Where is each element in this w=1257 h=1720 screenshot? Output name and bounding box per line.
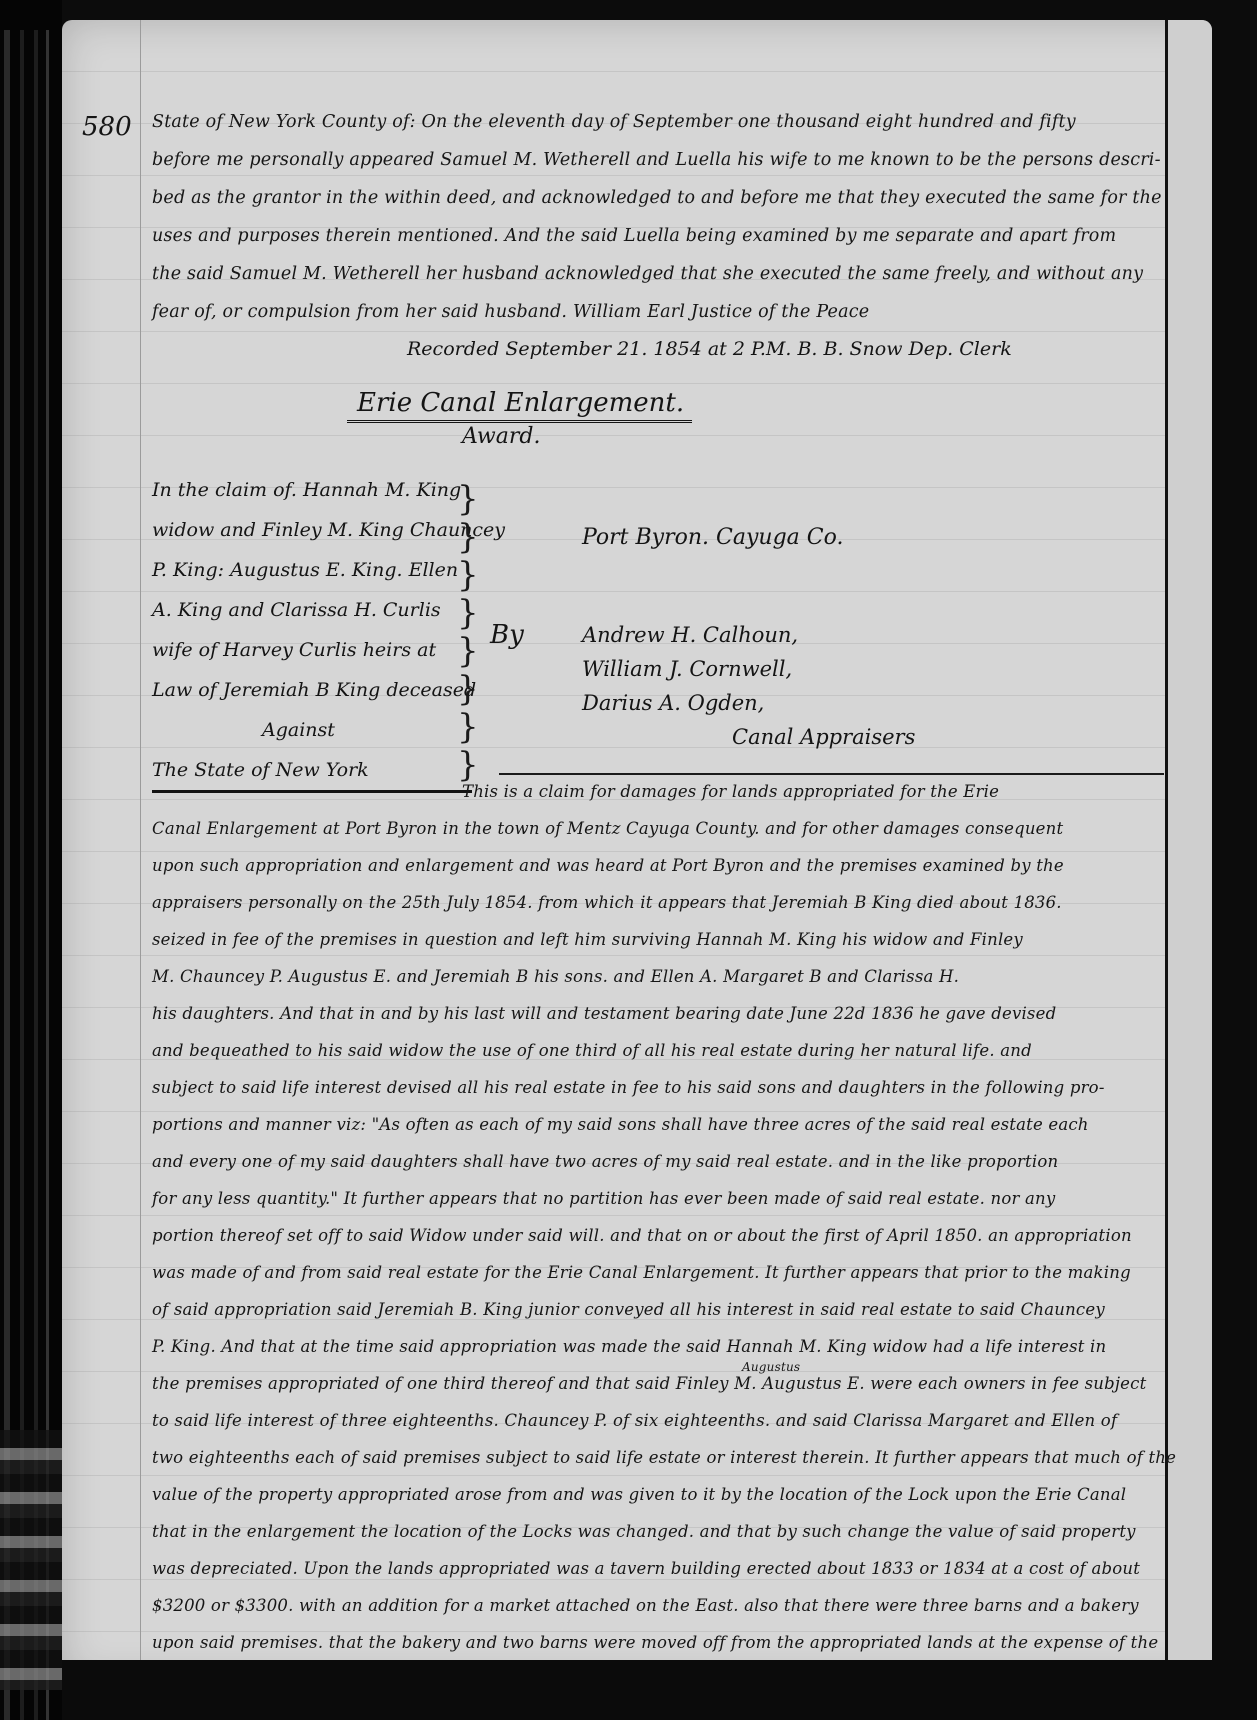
text-line: seized in fee of the premises in questio… <box>152 930 1023 949</box>
ledger-page: 580 State of New York County of: On the … <box>62 20 1212 1680</box>
place-name: Port Byron. Cayuga Co. <box>582 525 843 550</box>
text-line: and bequeathed to his said widow the use… <box>152 1041 1032 1060</box>
recording-note: Recorded September 21. 1854 at 2 P.M. B.… <box>407 338 1012 360</box>
book-bottom-shadow <box>62 1660 1257 1720</box>
text-line: fear of, or compulsion from her said hus… <box>152 302 869 322</box>
text-line: P. King. And that at the time said appro… <box>152 1337 1106 1356</box>
folio-number: 580 <box>82 112 132 142</box>
text-line: before me personally appeared Samuel M. … <box>152 150 1161 170</box>
appraisers-list: Andrew H. Calhoun, William J. Cornwell, … <box>582 618 915 754</box>
text-line: State of New York County of: On the elev… <box>152 112 1076 132</box>
text-line: subject to said life interest devised al… <box>152 1078 1105 1097</box>
against-label: Against <box>152 710 505 750</box>
respondent-name: The State of New York <box>152 750 472 793</box>
claim-line: A. King and Clarissa H. Curlis <box>152 590 505 630</box>
section-subheading: Award. <box>462 424 540 449</box>
text-line: the said Samuel M. Wetherell her husband… <box>152 264 1143 284</box>
divider-rule <box>499 773 1164 775</box>
text-line: bed as the grantor in the within deed, a… <box>152 188 1162 208</box>
appraiser-name: Darius A. Ogden, <box>582 686 915 720</box>
claim-caption: In the claim of. Hannah M. King widow an… <box>152 470 505 793</box>
text-line: the premises appropriated of one third t… <box>152 1374 1146 1393</box>
text-line: his daughters. And that in and by his la… <box>152 1004 1056 1023</box>
text-line: $3200 or $3300. with an addition for a m… <box>152 1596 1139 1615</box>
text-line: of said appropriation said Jeremiah B. K… <box>152 1300 1105 1319</box>
claim-line: P. King: Augustus E. King. Ellen <box>152 550 505 590</box>
text-line: for any less quantity." It further appea… <box>152 1189 1055 1208</box>
text-line: was depreciated. Upon the lands appropri… <box>152 1559 1140 1578</box>
text-line: to said life interest of three eighteent… <box>152 1411 1117 1430</box>
text-line: uses and purposes therein mentioned. And… <box>152 226 1116 246</box>
text-line: value of the property appropriated arose… <box>152 1485 1126 1504</box>
claim-line: widow and Finley M. King Chauncey <box>152 510 505 550</box>
text-line: M. Chauncey P. Augustus E. and Jeremiah … <box>152 967 959 986</box>
text-line: and every one of my said daughters shall… <box>152 1152 1058 1171</box>
text-line: appraisers personally on the 25th July 1… <box>152 893 1062 912</box>
claim-line: wife of Harvey Curlis heirs at <box>152 630 505 670</box>
text-line: portions and manner viz: "As often as ea… <box>152 1115 1089 1134</box>
text-line: upon said premises. that the bakery and … <box>152 1633 1158 1652</box>
appraisers-title: Canal Appraisers <box>582 720 915 754</box>
text-line: upon such appropriation and enlargement … <box>152 856 1064 875</box>
text-line: two eighteenths each of said premises su… <box>152 1448 1176 1467</box>
appraiser-name: William J. Cornwell, <box>582 652 915 686</box>
text-line: that in the enlargement the location of … <box>152 1522 1136 1541</box>
section-heading: Erie Canal Enlargement. <box>347 388 692 423</box>
appraiser-name: Andrew H. Calhoun, <box>582 618 915 652</box>
facing-page-edge <box>1165 20 1212 1680</box>
claim-line: Law of Jeremiah B King deceased <box>152 670 505 710</box>
by-label: By <box>490 620 524 650</box>
text-line: was made of and from said real estate fo… <box>152 1263 1131 1282</box>
text-line: portion thereof set off to said Widow un… <box>152 1226 1132 1245</box>
margin-rule <box>140 20 141 1680</box>
interlineation: Augustus <box>742 1360 800 1374</box>
claim-line: In the claim of. Hannah M. King <box>152 470 505 510</box>
text-line: Canal Enlargement at Port Byron in the t… <box>152 819 1063 838</box>
text-line: This is a claim for damages for lands ap… <box>462 782 999 801</box>
